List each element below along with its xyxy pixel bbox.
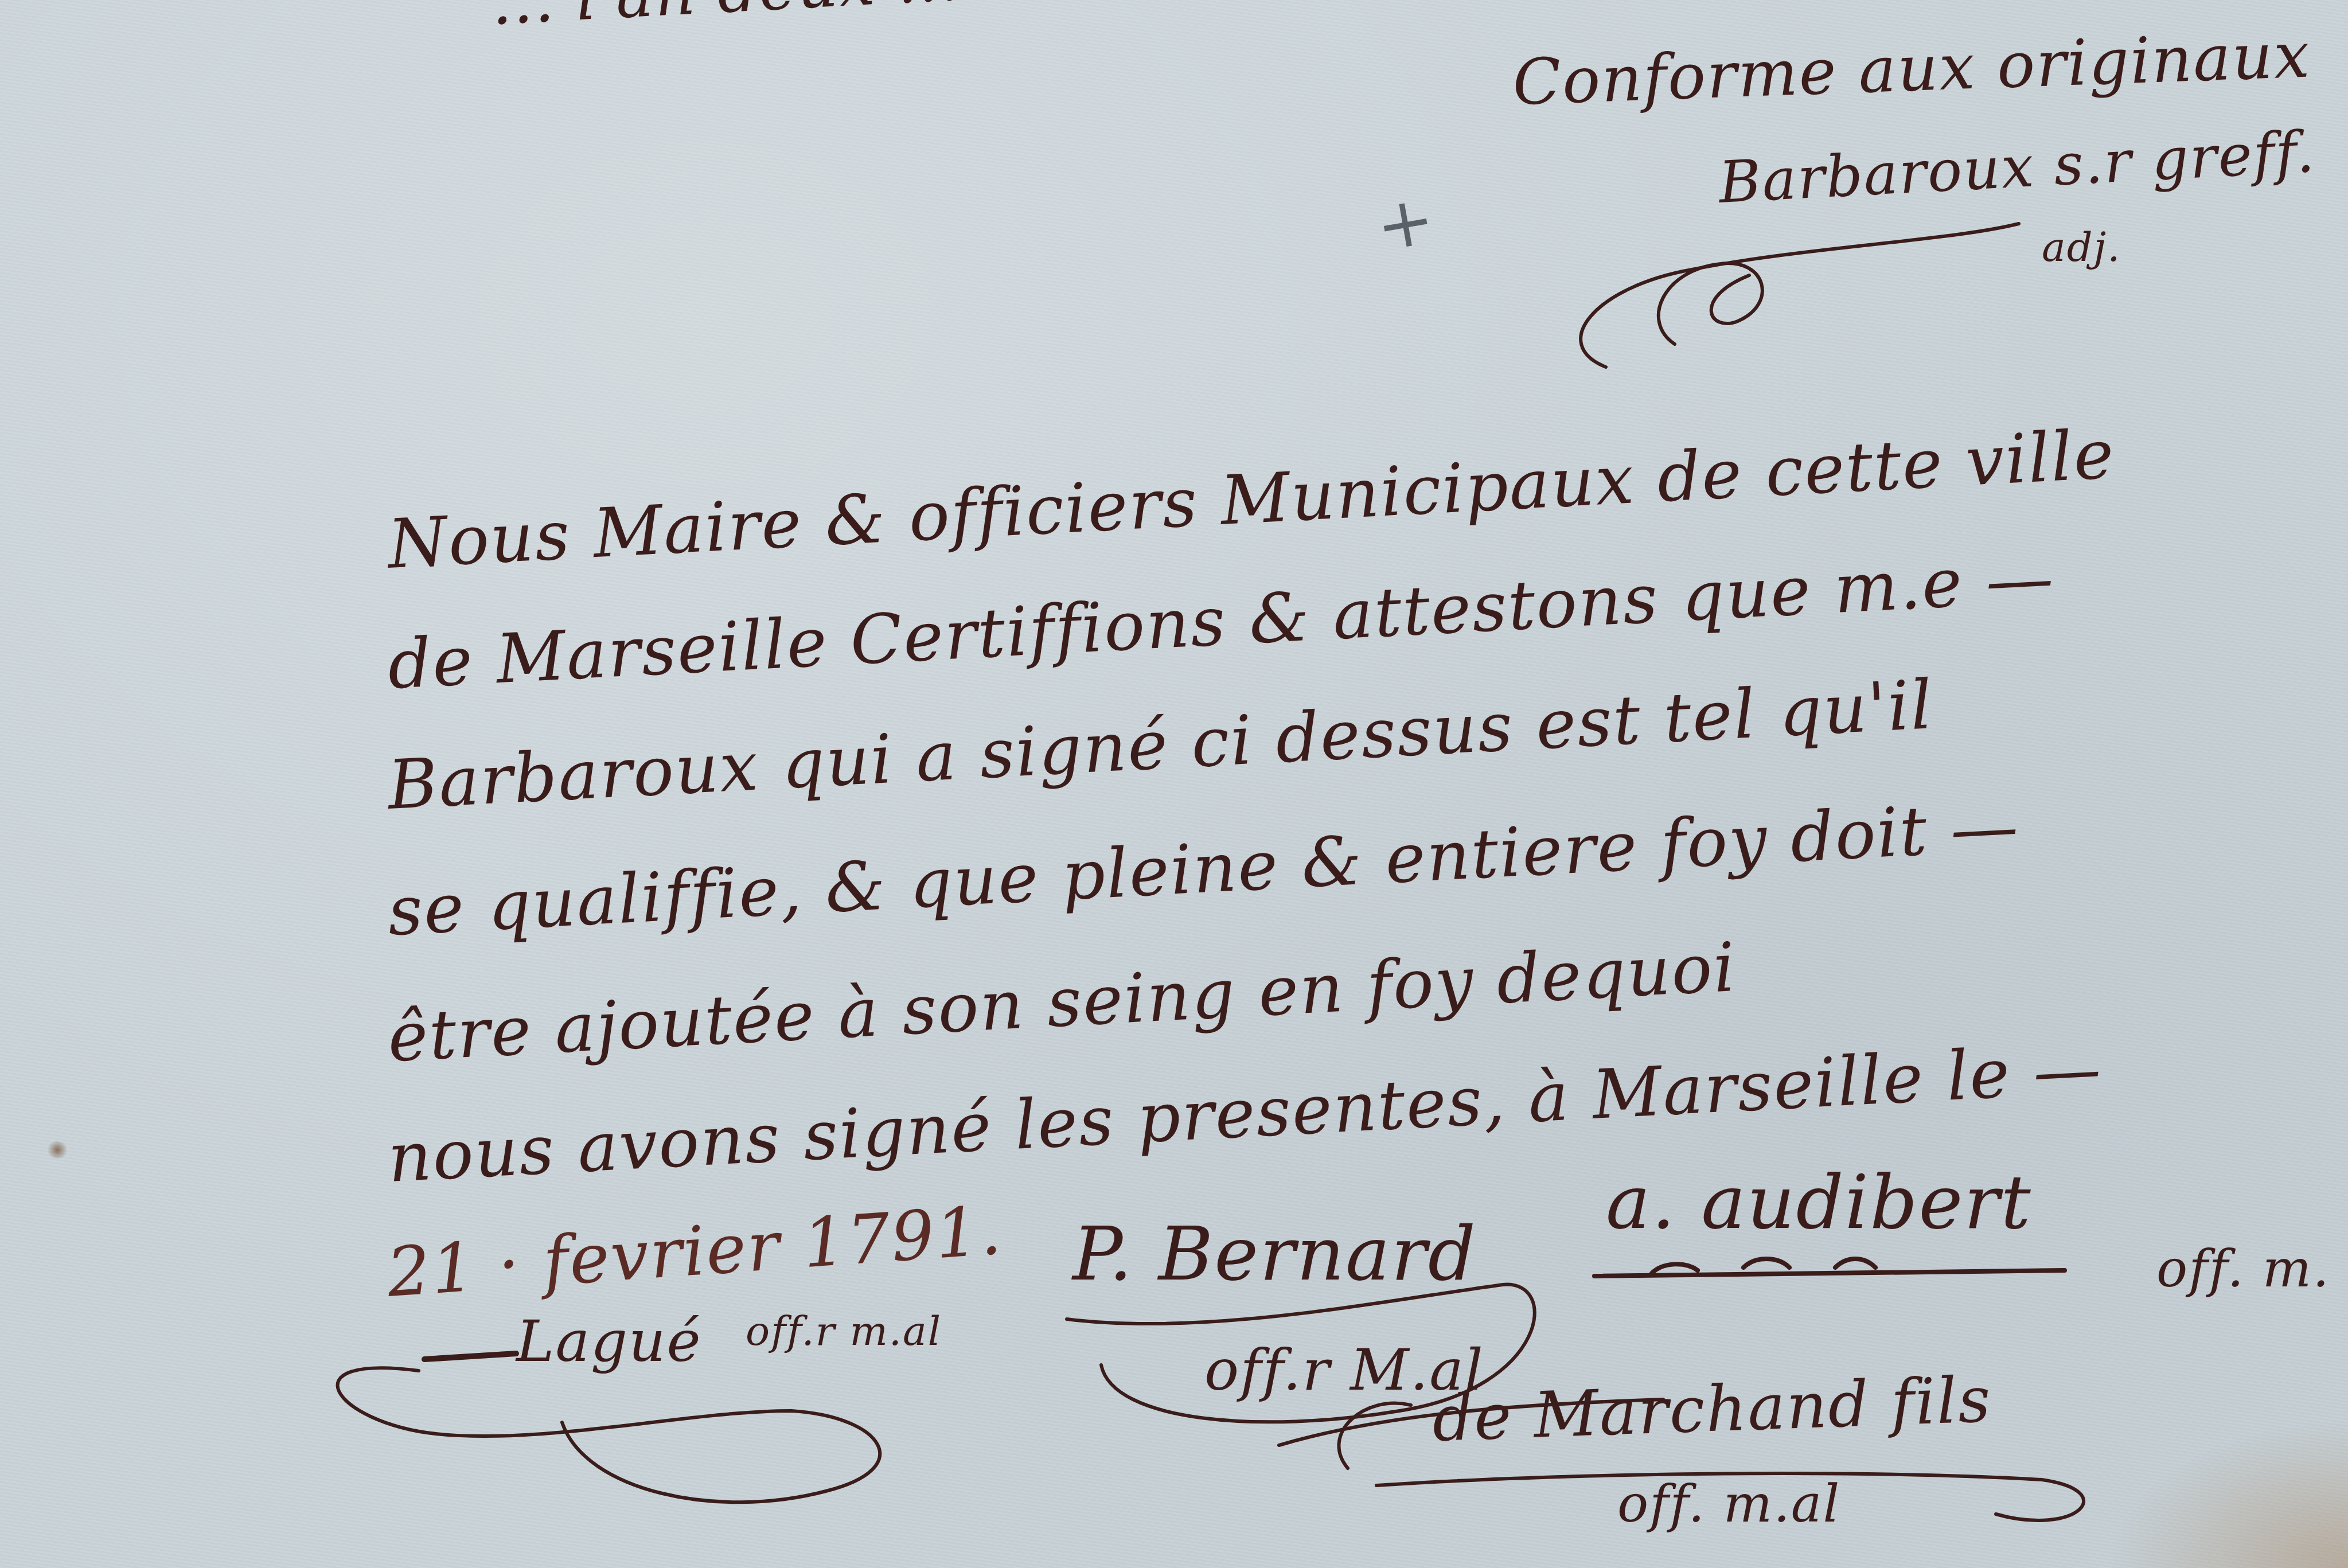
paraphe-audibert-flourish [1594, 1259, 2065, 1276]
signature-audibert: a. audibert [1606, 1159, 2032, 1246]
signature-marchand-title: off. m.al [1617, 1474, 1840, 1534]
paraphe-barbaroux-flourish [1581, 224, 2019, 367]
pencil-cross-mark: + [1370, 179, 1441, 267]
certification-note-line1: Conforme aux originaux [1512, 18, 2312, 119]
paraphe-lague-flourish [338, 1368, 880, 1502]
signature-flourishes [0, 0, 2348, 1568]
signature-audibert-title: off. m. [2156, 1239, 2330, 1299]
paper-blemish [46, 1141, 69, 1159]
top-text-fragment: ... l'an deux ... [489, 0, 962, 39]
signature-lague: Lagué [516, 1308, 702, 1375]
signature-lague-title: off.r m.al [746, 1308, 942, 1355]
signature-bernard: P. Bernard [1072, 1210, 1477, 1297]
document-date: 21 · fevrier 1791. [384, 1190, 1005, 1312]
certification-note-line3: adj. [2042, 224, 2121, 271]
body-line-5: être ajoutée à son seing en foy dequoi [386, 927, 1738, 1077]
signature-marchand: de Marchand fils [1432, 1363, 1993, 1456]
certification-note-line2: Barbaroux s.r greff. [1717, 118, 2317, 216]
paper-stain [2107, 1419, 2348, 1568]
